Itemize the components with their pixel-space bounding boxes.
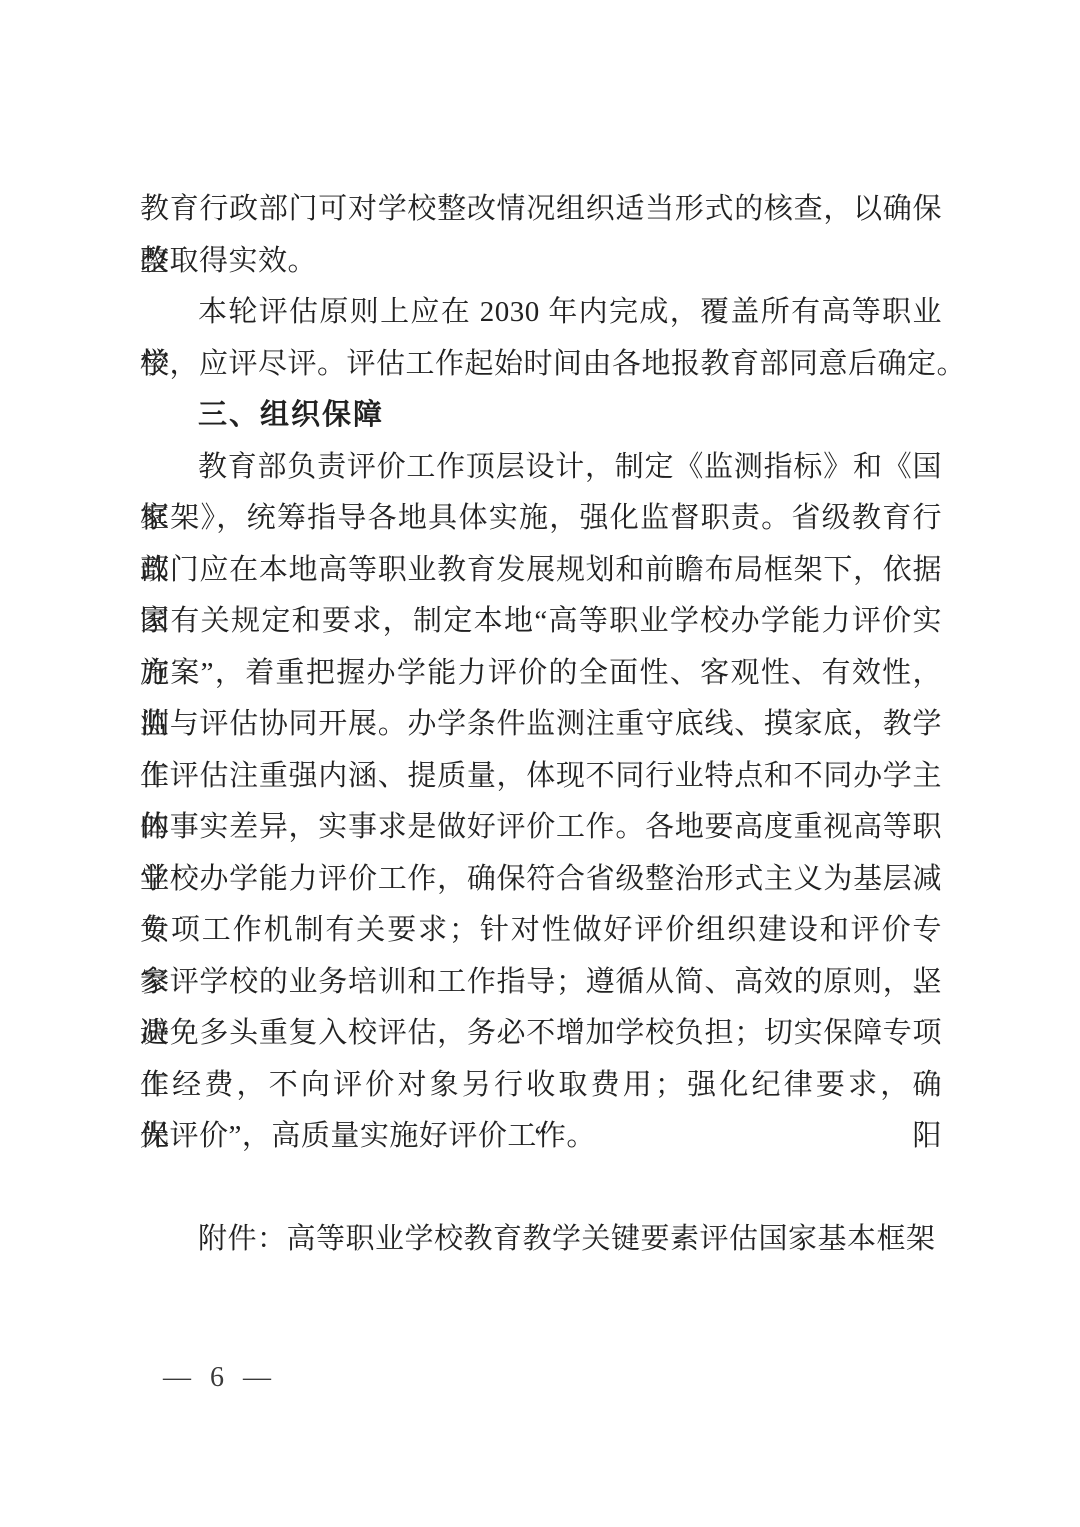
section-heading: 三、组织保障: [140, 390, 942, 442]
body-text-line: 教育行政部门可对学校整改情况组织适当形式的核查，以确保整: [140, 184, 942, 236]
document-page: 教育行政部门可对学校整改情况组织适当形式的核查，以确保整 改取得实效。 本轮评估…: [0, 0, 1080, 1527]
attachment-reference-line: 附件：高等职业学校教育教学关键要素评估国家基本框架: [140, 1214, 942, 1266]
body-text-line: 避免多头重复入校评估，务必不增加学校负担；切实保障专项工: [140, 1008, 942, 1060]
body-text-line: 部门应在本地高等职业教育发展规划和前瞻布局框架下，依据国: [140, 545, 942, 597]
page-number: — 6 —: [163, 1362, 277, 1394]
body-text-line: 作经费，不向评价对象另行收取费用；强化纪律要求，确保“阳: [140, 1060, 942, 1112]
body-text-line: 改取得实效。: [140, 236, 942, 288]
body-text-line: 学校办学能力评价工作，确保符合省级整治形式主义为基层减负: [140, 854, 942, 906]
body-text-line: 框架》，统筹指导各地具体实施，强化监督职责。省级教育行政: [140, 493, 942, 545]
body-text-line: 本轮评估原则上应在 2030 年内完成，覆盖所有高等职业学: [140, 287, 942, 339]
body-text-line: 专项工作机制有关要求；针对性做好评价组织建设和评价专家、: [140, 905, 942, 957]
body-text-line: 参评学校的业务培训和工作指导；遵循从简、高效的原则，坚决: [140, 957, 942, 1009]
body-text-line: 的事实差异，实事求是做好评价工作。各地要高度重视高等职业: [140, 802, 942, 854]
body-text-line: 测与评估协同开展。办学条件监测注重守底线、摸家底，教学工: [140, 699, 942, 751]
body-text-line: 校，应评尽评。评估工作起始时间由各地报教育部同意后确定。: [140, 339, 942, 391]
body-text-line: 教育部负责评价工作顶层设计，制定《监测指标》和《国家: [140, 442, 942, 494]
body-text-line: 作评估注重强内涵、提质量，体现不同行业特点和不同办学主体: [140, 751, 942, 803]
body-text-line: 方案”，着重把握办学能力评价的全面性、客观性、有效性，监: [140, 648, 942, 700]
document-body: 教育行政部门可对学校整改情况组织适当形式的核查，以确保整 改取得实效。 本轮评估…: [140, 184, 942, 1266]
body-text-line: 家有关规定和要求，制定本地“高等职业学校办学能力评价实施: [140, 596, 942, 648]
